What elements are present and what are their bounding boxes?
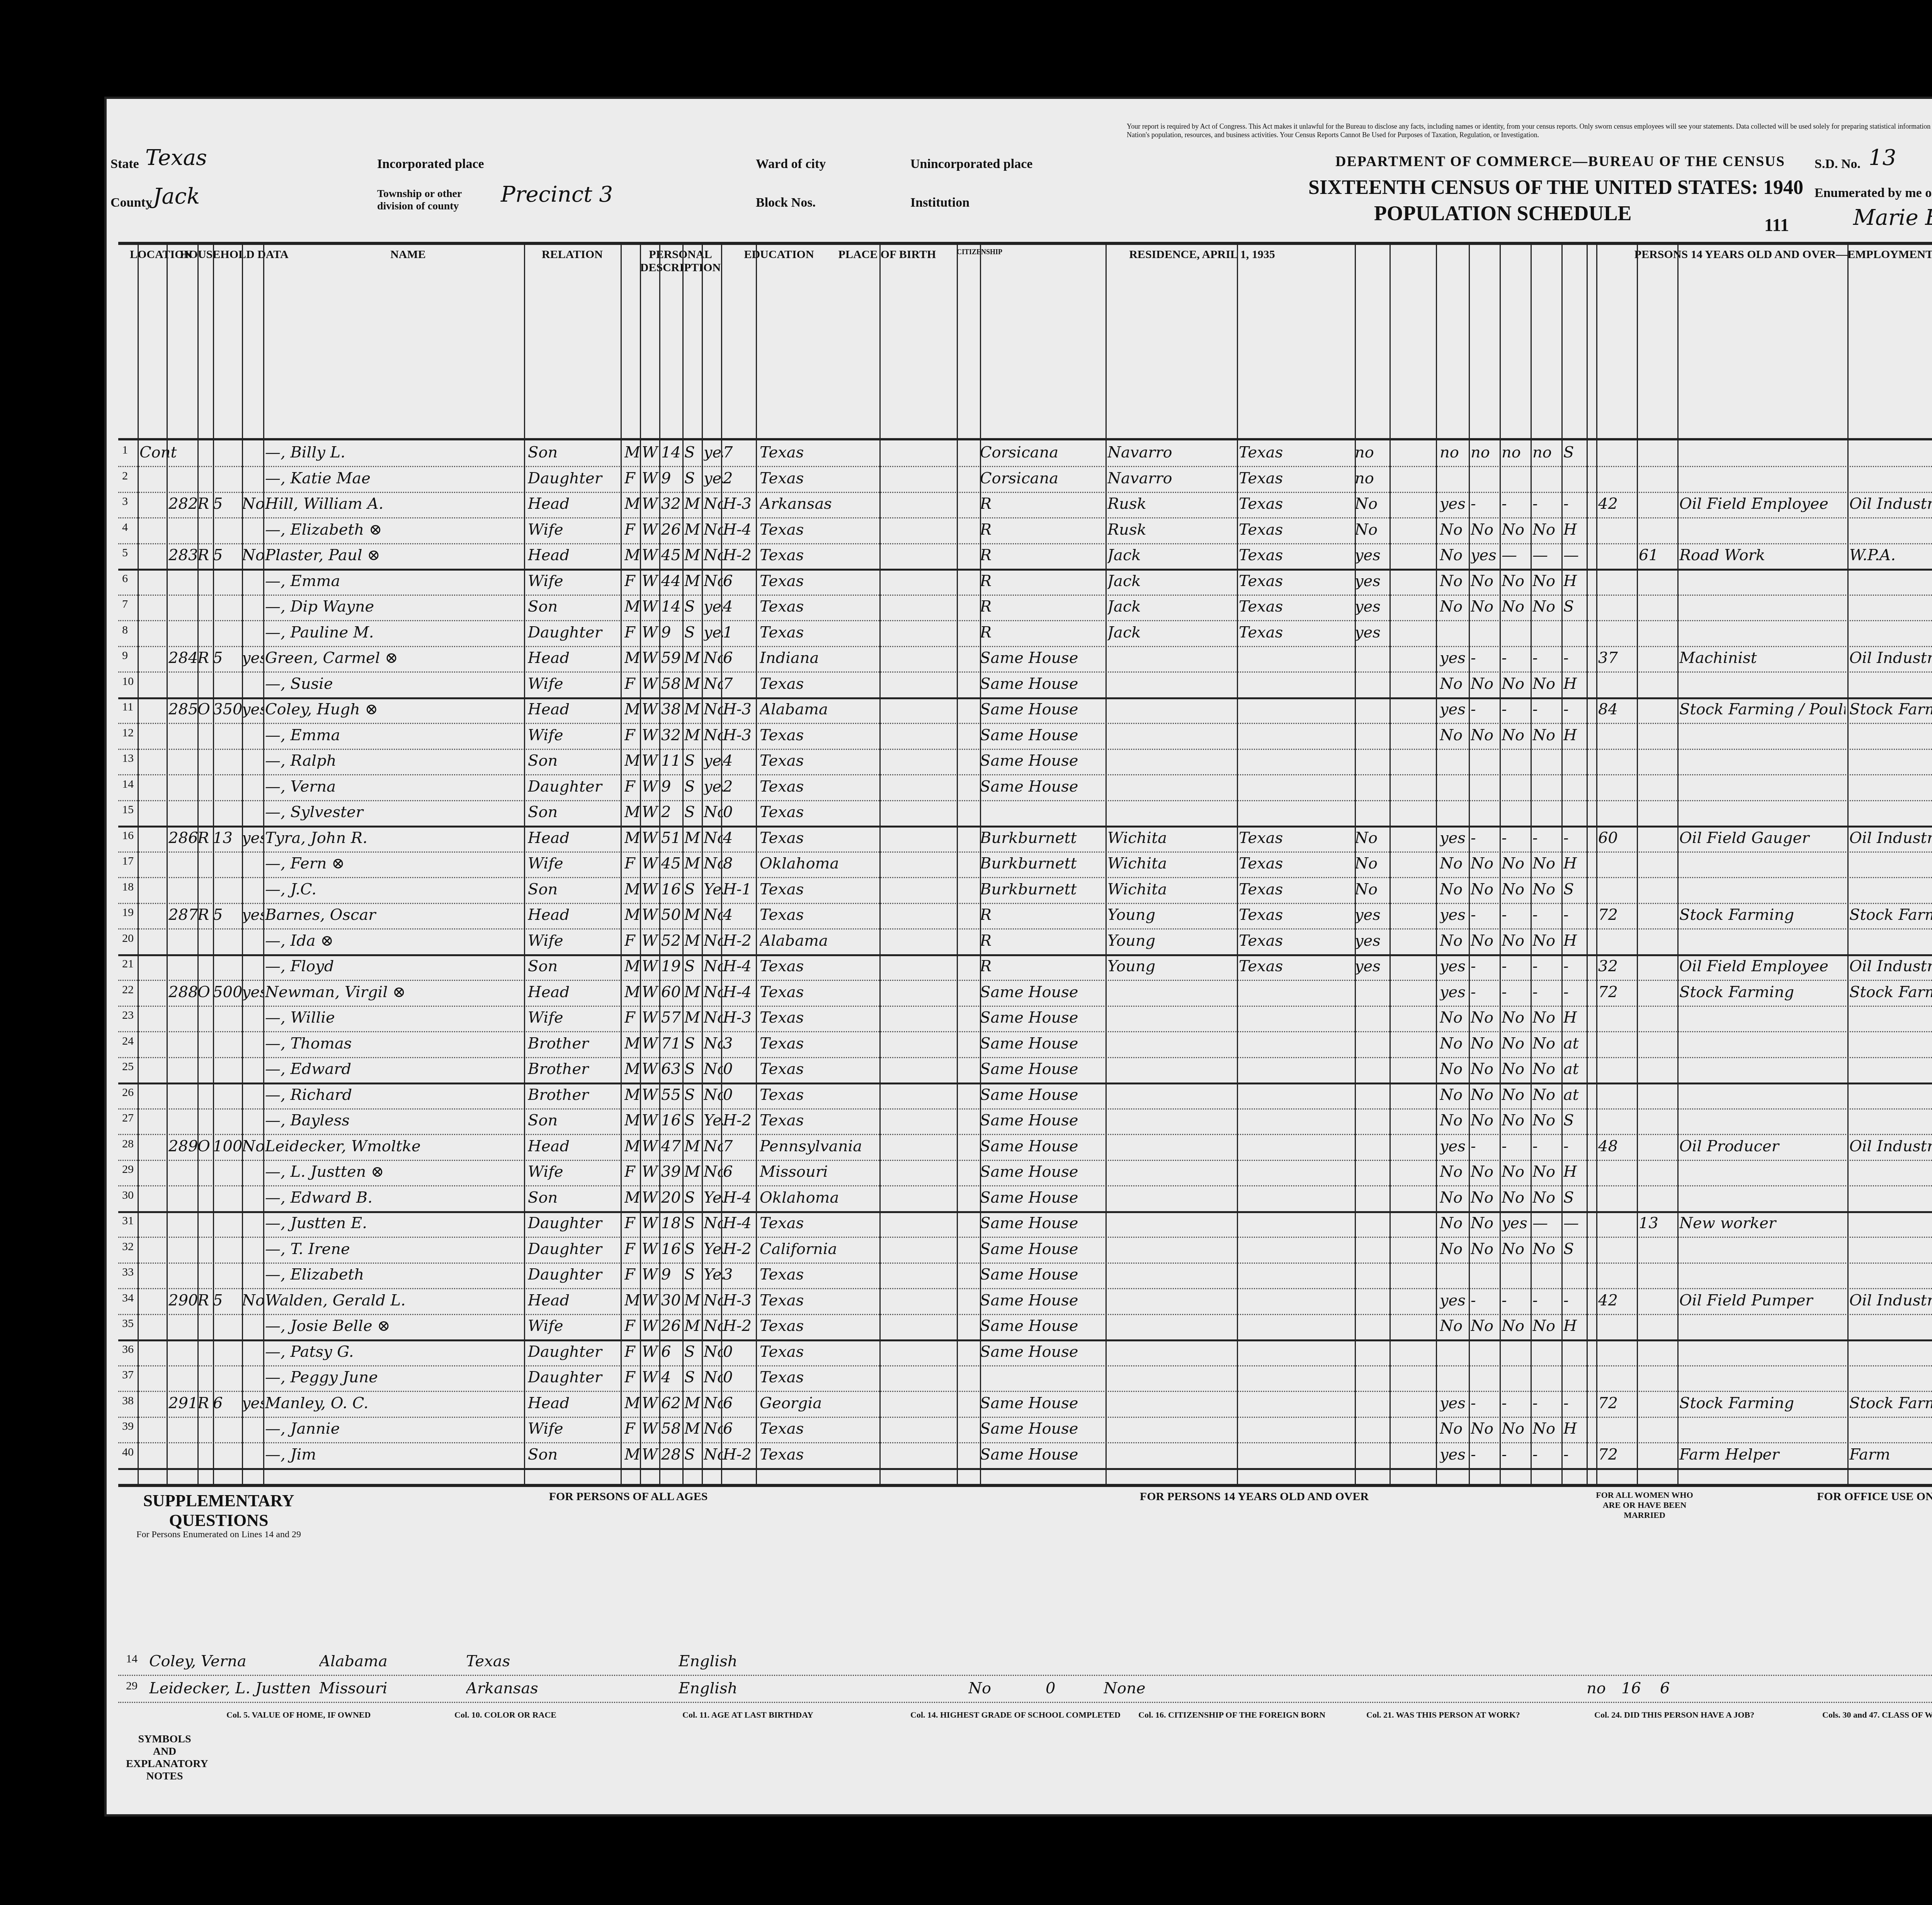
cell-marital: S	[684, 1240, 702, 1258]
cell-res-city: Same House	[980, 1266, 1104, 1283]
cell-sex: M	[624, 444, 640, 461]
cell-marital: M	[684, 546, 702, 564]
incorporated-label: Incorporated place	[377, 157, 484, 172]
cell-sex: M	[624, 598, 640, 615]
cell-seeking: No	[1502, 855, 1532, 872]
cell-school: No	[704, 1343, 723, 1361]
cell-res-city: R	[980, 495, 1104, 513]
cell-school: No	[704, 1163, 723, 1181]
cell-sex: M	[624, 1060, 640, 1078]
cell-race: W	[642, 726, 659, 744]
cell-grade: H-2	[723, 932, 754, 950]
column-rule	[1389, 245, 1391, 1485]
cell-has-job: No	[1532, 880, 1563, 898]
cell-name: Coley, Hugh ⊗	[265, 700, 520, 718]
column-rule	[242, 245, 243, 1485]
cell-occupation: New worker	[1679, 1214, 1845, 1232]
cell-race: W	[642, 1060, 659, 1078]
cell-marital: M	[684, 1009, 702, 1026]
cell-school: No	[704, 1446, 723, 1463]
cell-birthplace: Pennsylvania	[760, 1137, 876, 1155]
cell-grade: 4	[723, 906, 754, 924]
cell-activity: at	[1563, 1035, 1587, 1052]
cell-res-farm: yes	[1355, 932, 1386, 950]
cell-res-county: Young	[1107, 906, 1235, 924]
cell-birthplace: Texas	[760, 1343, 876, 1361]
cell-sex: F	[624, 1214, 640, 1232]
cell-sex: M	[624, 752, 640, 770]
cell-emerg: No	[1471, 572, 1502, 590]
cell-relation: Head	[528, 700, 617, 718]
cell-age: 71	[661, 1035, 682, 1052]
cell-value: 5	[213, 495, 242, 513]
supp-cell-children: 6	[1660, 1679, 1683, 1697]
cell-activity: at	[1563, 1060, 1587, 1078]
column-rule	[1677, 245, 1679, 1485]
cell-grade: H-2	[723, 1317, 754, 1335]
cell-at-work: No	[1440, 1060, 1471, 1078]
cell-at-work: No	[1440, 1163, 1471, 1181]
cell-seeking: -	[1502, 829, 1532, 847]
cell-emerg: No	[1471, 598, 1502, 615]
cell-res-city: Same House	[980, 1317, 1104, 1335]
cell-relation: Daughter	[528, 624, 617, 641]
table-row: 9284R5yesGreen, Carmel ⊗HeadMW59MNo6Indi…	[118, 646, 1932, 673]
cell-birthplace: Texas	[760, 829, 876, 847]
table-row: 21—, FloydSonMW19SNoH-4TexasRYoungTexasy…	[118, 954, 1932, 981]
cell-res-farm: No	[1355, 855, 1386, 872]
cell-hours: 42	[1598, 495, 1637, 513]
note-section: Cols. 30 and 47. CLASS OF WORKER	[1822, 1710, 1932, 1720]
cell-hours: 48	[1598, 1137, 1637, 1155]
cell-relation: Daughter	[528, 778, 617, 795]
cell-grade: 6	[723, 1394, 754, 1412]
cell-res-city: Same House	[980, 1394, 1104, 1412]
column-rule	[621, 245, 622, 1485]
cell-marital: S	[684, 752, 702, 770]
census-sheet: Your report is required by Act of Congre…	[104, 97, 1932, 1817]
state-label: State	[111, 157, 139, 172]
cell-res-city: Same House	[980, 1060, 1104, 1078]
cell-school: No	[704, 1086, 723, 1104]
cell-res-state: Texas	[1239, 906, 1355, 924]
cell-sex: F	[624, 726, 640, 744]
cell-sex: M	[624, 983, 640, 1001]
cell-relation: Wife	[528, 855, 617, 872]
table-row: 32—, T. IreneDaughterFW16SYesH-2Californ…	[118, 1237, 1932, 1264]
institution-label: Institution	[910, 195, 969, 210]
cell-res-county: Rusk	[1107, 495, 1235, 513]
cell-grade: H-2	[723, 1446, 754, 1463]
supp-cell-father: Alabama	[319, 1652, 458, 1670]
supp-cell-line: 29	[126, 1679, 145, 1693]
column-rule	[1847, 245, 1849, 1485]
cell-emerg: no	[1471, 444, 1502, 461]
cell-industry: Stock Farm / Poultry Farm	[1849, 700, 1932, 718]
cell-res-farm: no	[1355, 444, 1386, 461]
cell-at-work: No	[1440, 1111, 1471, 1129]
cell-at-work: yes	[1440, 1137, 1471, 1155]
cell-at-work: yes	[1440, 700, 1471, 718]
cell-race: W	[642, 700, 659, 718]
table-row: 35—, Josie Belle ⊗WifeFW26MNoH-2TexasSam…	[118, 1314, 1932, 1341]
cell-name: —, Pauline M.	[265, 624, 520, 641]
cell-seeking: No	[1502, 1035, 1532, 1052]
cell-grade: 8	[723, 855, 754, 872]
cell-res-city: R	[980, 624, 1104, 641]
cell-name: —, L. Justten ⊗	[265, 1163, 520, 1181]
cell-emerg: yes	[1471, 546, 1502, 564]
cell-seeking: No	[1502, 598, 1532, 615]
cell-activity: -	[1563, 649, 1587, 667]
table-row: 37—, Peggy JuneDaughterFW4SNo0Texas37	[118, 1365, 1932, 1392]
cell-hours: 42	[1598, 1292, 1637, 1309]
cell-school: No	[704, 1214, 723, 1232]
cell-seeking: -	[1502, 649, 1532, 667]
cell-visit: 287	[168, 906, 197, 924]
cell-seeking: No	[1502, 521, 1532, 539]
cell-res-county: Jack	[1107, 598, 1235, 615]
cell-hours: 37	[1598, 649, 1637, 667]
cell-race: W	[642, 1420, 659, 1438]
cell-tenure: O	[197, 983, 213, 1001]
supp-cell-tongue: English	[679, 1679, 825, 1697]
cell-hours: 72	[1598, 906, 1637, 924]
cell-sex: M	[624, 880, 640, 898]
cell-name: Barnes, Oscar	[265, 906, 520, 924]
cell-birthplace: Texas	[760, 469, 876, 487]
cell-race: W	[642, 855, 659, 872]
column-rule	[1436, 245, 1437, 1485]
cell-marital: M	[684, 726, 702, 744]
cell-school: No	[704, 1009, 723, 1026]
cell-race: W	[642, 1394, 659, 1412]
cell-has-job: no	[1532, 444, 1563, 461]
supp-cell-ss-deduct: 0	[1046, 1679, 1069, 1697]
cell-res-county: Navarro	[1107, 469, 1235, 487]
cell-birthplace: Texas	[760, 752, 876, 770]
table-row: 1Cont'd—, Billy L.SonMW14Syes7TexasCorsi…	[118, 440, 1932, 467]
cell-res-state: Texas	[1239, 829, 1355, 847]
cell-at-work: No	[1440, 932, 1471, 950]
cell-relation: Daughter	[528, 1214, 617, 1232]
column-rule	[1561, 245, 1563, 1485]
cell-has-job: -	[1532, 829, 1563, 847]
column-rule	[1237, 245, 1238, 1485]
cell-age: 14	[661, 598, 682, 615]
cell-seeking: No	[1502, 932, 1532, 950]
cell-birthplace: Texas	[760, 957, 876, 975]
cell-at-work: No	[1440, 726, 1471, 744]
cell-race: W	[642, 880, 659, 898]
column-rule	[1105, 245, 1107, 1485]
cell-relation: Head	[528, 1394, 617, 1412]
group-personal: PERSONAL DESCRIPTION	[621, 248, 740, 274]
cell-birthplace: Texas	[760, 1368, 876, 1386]
cell-school: No	[704, 1368, 723, 1386]
cell-age: 28	[661, 1446, 682, 1463]
cell-birthplace: Texas	[760, 1086, 876, 1104]
cell-relation: Head	[528, 546, 617, 564]
cell-res-county: Jack	[1107, 572, 1235, 590]
cell-marital: S	[684, 1214, 702, 1232]
column-rule	[702, 245, 703, 1485]
group-name: NAME	[292, 248, 524, 261]
cell-race: W	[642, 957, 659, 975]
cell-race: W	[642, 1137, 659, 1155]
cell-emerg: No	[1471, 1420, 1502, 1438]
cell-res-state: Texas	[1239, 495, 1355, 513]
cell-age: 16	[661, 1111, 682, 1129]
cell-marital: M	[684, 700, 702, 718]
cell-res-county: Wichita	[1107, 829, 1235, 847]
cell-occupation: Stock Farming / Poultryman	[1679, 700, 1845, 718]
cell-birthplace: Texas	[760, 726, 876, 744]
cell-name: —, Edward B.	[265, 1189, 520, 1207]
cell-has-job: No	[1532, 932, 1563, 950]
cell-at-work: yes	[1440, 649, 1471, 667]
cell-street: Cont'd	[139, 444, 178, 461]
township-label: Township or other division of county	[377, 188, 493, 212]
cell-activity: H	[1563, 675, 1587, 693]
cell-birthplace: Texas	[760, 906, 876, 924]
cell-sex: M	[624, 1086, 640, 1104]
cell-sex: M	[624, 649, 640, 667]
table-row: 31—, Justten E.DaughterFW18SNoH-4TexasSa…	[118, 1211, 1932, 1238]
cell-res-state: Texas	[1239, 572, 1355, 590]
cell-activity: -	[1563, 1137, 1587, 1155]
cell-res-farm: no	[1355, 469, 1386, 487]
cell-activity: —	[1563, 546, 1587, 564]
cell-visit: 290	[168, 1292, 197, 1309]
cell-age: 9	[661, 778, 682, 795]
cell-has-job: —	[1532, 1214, 1563, 1232]
table-row: 30—, Edward B.SonMW20SYesH-4OklahomaSame…	[118, 1186, 1932, 1213]
cell-grade: 0	[723, 1343, 754, 1361]
cell-relation: Head	[528, 829, 617, 847]
cell-res-county: Young	[1107, 932, 1235, 950]
cell-res-farm: yes	[1355, 906, 1386, 924]
cell-grade: 1	[723, 624, 754, 641]
cell-grade: H-3	[723, 495, 754, 513]
cell-grade: H-3	[723, 700, 754, 718]
table-row: 20—, Ida ⊗WifeFW52MNoH-2AlabamaRYoungTex…	[118, 929, 1932, 956]
cell-at-work: no	[1440, 444, 1471, 461]
cell-school: No	[704, 1292, 723, 1309]
cell-age: 26	[661, 521, 682, 539]
cell-age: 58	[661, 675, 682, 693]
cell-grade: 6	[723, 1163, 754, 1181]
sheet-header: Your report is required by Act of Congre…	[107, 99, 1932, 242]
cell-birthplace: Indiana	[760, 649, 876, 667]
cell-at-work: No	[1440, 1189, 1471, 1207]
cell-at-work: yes	[1440, 983, 1471, 1001]
cell-age: 11	[661, 752, 682, 770]
column-headers: LOCATION HOUSEHOLD DATA NAME RELATION PE…	[118, 245, 1932, 440]
cell-marital: M	[684, 675, 702, 693]
cell-res-city: Same House	[980, 752, 1104, 770]
cell-relation: Head	[528, 1137, 617, 1155]
group-location: LOCATION	[130, 248, 176, 261]
cell-emerg: No	[1471, 1009, 1502, 1026]
cell-has-job: -	[1532, 1292, 1563, 1309]
cell-emerg: No	[1471, 1317, 1502, 1335]
cell-visit: 285	[168, 700, 197, 718]
cell-grade: H-4	[723, 1189, 754, 1207]
cell-has-job: -	[1532, 700, 1563, 718]
cell-relation: Son	[528, 444, 617, 461]
cell-marital: M	[684, 1420, 702, 1438]
cell-marital: S	[684, 1266, 702, 1283]
cell-relation: Daughter	[528, 1368, 617, 1386]
cell-marital: S	[684, 624, 702, 641]
cell-industry: Oil Industry	[1849, 495, 1932, 513]
cell-sex: F	[624, 469, 640, 487]
cell-name: —, Billy L.	[265, 444, 520, 461]
cell-activity: S	[1563, 880, 1587, 898]
cell-activity: -	[1563, 906, 1587, 924]
cell-activity: -	[1563, 1292, 1587, 1309]
cell-activity: H	[1563, 1420, 1587, 1438]
cell-race: W	[642, 1214, 659, 1232]
supp-subtitle: For Persons Enumerated on Lines 14 and 2…	[126, 1529, 311, 1540]
cell-emerg: -	[1471, 649, 1502, 667]
table-row: 2—, Katie MaeDaughterFW9Syes2TexasCorsic…	[118, 466, 1932, 493]
cell-birthplace: Texas	[760, 1060, 876, 1078]
cell-grade: 6	[723, 572, 754, 590]
cell-sex: F	[624, 521, 640, 539]
cell-tenure: O	[197, 700, 213, 718]
cell-name: —, Ralph	[265, 752, 520, 770]
cell-relation: Son	[528, 1189, 617, 1207]
cell-marital: S	[684, 957, 702, 975]
cell-seeking: -	[1502, 495, 1532, 513]
cell-res-county: Jack	[1107, 546, 1235, 564]
cell-visit: 291	[168, 1394, 197, 1412]
cell-res-farm: No	[1355, 495, 1386, 513]
cell-has-job: —	[1532, 546, 1563, 564]
cell-school: yes	[704, 598, 723, 615]
group-education: EDUCATION	[740, 248, 818, 261]
cell-race: W	[642, 983, 659, 1001]
table-row: 39—, JannieWifeFW58MNo6TexasSame HouseNo…	[118, 1417, 1932, 1443]
cell-marital: S	[684, 880, 702, 898]
cell-res-county: Jack	[1107, 624, 1235, 641]
cell-name: —, Josie Belle ⊗	[265, 1317, 520, 1335]
table-row: 7—, Dip WayneSonMW14Syes4TexasRJackTexas…	[118, 595, 1932, 621]
cell-relation: Wife	[528, 675, 617, 693]
cell-has-job: No	[1532, 1189, 1563, 1207]
cell-grade: 7	[723, 444, 754, 461]
department-title: DEPARTMENT OF COMMERCE—BUREAU OF THE CEN…	[1335, 153, 1785, 170]
cell-has-job: No	[1532, 598, 1563, 615]
group-employment: PERSONS 14 YEARS OLD AND OVER—EMPLOYMENT…	[1420, 248, 1932, 261]
cell-at-work: No	[1440, 1086, 1471, 1104]
cell-relation: Brother	[528, 1060, 617, 1078]
cell-sex: M	[624, 829, 640, 847]
cell-marital: M	[684, 1317, 702, 1335]
cell-relation: Son	[528, 598, 617, 615]
cell-at-work: No	[1440, 675, 1471, 693]
cell-grade: 0	[723, 1368, 754, 1386]
cell-at-work: No	[1440, 1317, 1471, 1335]
cell-grade: 7	[723, 675, 754, 693]
cell-hours: 72	[1598, 1394, 1637, 1412]
cell-name: —, T. Irene	[265, 1240, 520, 1258]
cell-sex: F	[624, 855, 640, 872]
cell-res-city: Same House	[980, 1292, 1104, 1309]
note-section: Col. 14. HIGHEST GRADE OF SCHOOL COMPLET…	[910, 1710, 1127, 1720]
table-row: 28289O1000NoLeidecker, WmoltkeHeadMW47MN…	[118, 1134, 1932, 1161]
cell-res-city: Same House	[980, 1343, 1104, 1361]
cell-school: No	[704, 829, 723, 847]
cell-seeking: No	[1502, 1111, 1532, 1129]
table-row: 27—, BaylessSonMW16SYesH-2TexasSame Hous…	[118, 1108, 1932, 1135]
table-row: 19287R5yesBarnes, OscarHeadMW50MNo4Texas…	[118, 903, 1932, 930]
cell-name: Leidecker, Wmoltke	[265, 1137, 520, 1155]
cell-school: yes	[704, 469, 723, 487]
cell-birthplace: Texas	[760, 1035, 876, 1052]
column-rule	[263, 245, 264, 1485]
cell-at-work: No	[1440, 546, 1471, 564]
cell-birthplace: Texas	[760, 803, 876, 821]
cell-name: —, Justten E.	[265, 1214, 520, 1232]
cell-name: —, Elizabeth ⊗	[265, 521, 520, 539]
cell-sex: M	[624, 1111, 640, 1129]
cell-age: 47	[661, 1137, 682, 1155]
cell-visit: 283	[168, 546, 197, 564]
table-row: 3282R5NoHill, William A.HeadMW32MNoH-3Ar…	[118, 492, 1932, 518]
column-rule	[756, 245, 757, 1485]
cell-grade: 0	[723, 1060, 754, 1078]
cell-at-work: No	[1440, 521, 1471, 539]
enumerated-label: Enumerated by me on	[1815, 186, 1932, 201]
cell-emerg: No	[1471, 726, 1502, 744]
cell-tenure: R	[197, 495, 213, 513]
cell-visit: 289	[168, 1137, 197, 1155]
cell-industry: Oil Industry	[1849, 957, 1932, 975]
explanatory-notes: SYMBOLS AND EXPLANATORY NOTES Col. 5. VA…	[118, 1702, 1932, 1810]
cell-industry: Oil Industry	[1849, 829, 1932, 847]
cell-age: 50	[661, 906, 682, 924]
cell-has-job: No	[1532, 1060, 1563, 1078]
cell-emerg: -	[1471, 700, 1502, 718]
cell-occupation: Oil Producer	[1679, 1137, 1845, 1155]
cell-has-job: No	[1532, 1163, 1563, 1181]
cell-occupation: Machinist	[1679, 649, 1845, 667]
cell-sex: F	[624, 1009, 640, 1026]
supp-title: SUPPLEMENTARY QUESTIONS	[126, 1491, 311, 1530]
cell-birthplace: Texas	[760, 1446, 876, 1463]
cell-marital: M	[684, 521, 702, 539]
table-row: 40—, JimSonMW28SNoH-2TexasSame Houseyes-…	[118, 1443, 1932, 1470]
cell-age: 30	[661, 1292, 682, 1309]
township-value: Precinct 3	[501, 182, 613, 207]
cell-emerg: No	[1471, 1060, 1502, 1078]
cell-activity: H	[1563, 855, 1587, 872]
cell-school: No	[704, 1060, 723, 1078]
cell-school: No	[704, 1317, 723, 1335]
cell-sex: F	[624, 675, 640, 693]
note-section: Col. 24. DID THIS PERSON HAVE A JOB?	[1594, 1710, 1811, 1720]
table-row: 16286R13yesTyra, John R.HeadMW51MNo4Texa…	[118, 826, 1932, 853]
population-table: LOCATION HOUSEHOLD DATA NAME RELATION PE…	[118, 242, 1932, 1485]
cell-marital: S	[684, 778, 702, 795]
cell-sex: F	[624, 1343, 640, 1361]
cell-at-work: yes	[1440, 1292, 1471, 1309]
column-rule	[524, 245, 525, 1485]
sd-number: 13	[1869, 145, 1896, 170]
